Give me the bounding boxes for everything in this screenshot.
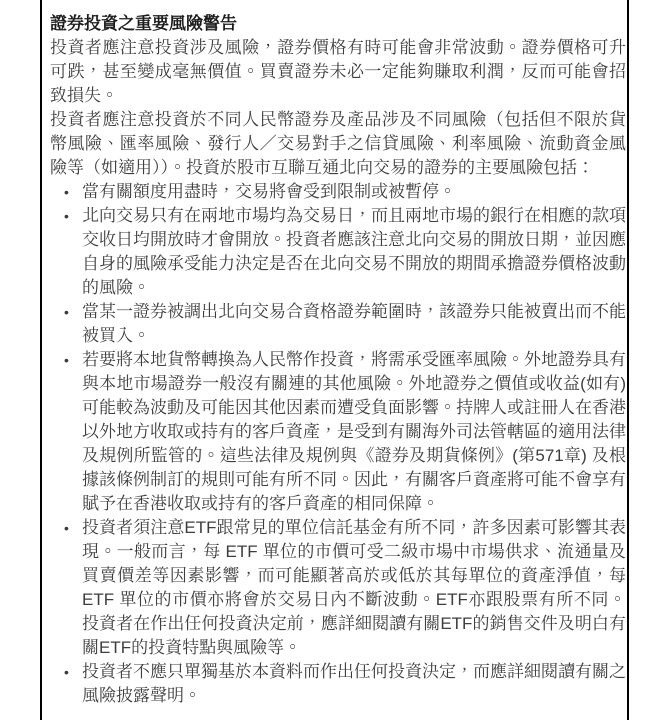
bullet-text: 當某一證券被調出北向交易合資格證券範圍時，該證券只能被賣出而不能被買入。 [82,302,626,345]
bullet-text: 投資者不應只單獨基於本資料而作出任何投資決定，而應詳細閱讀有關之風險披露聲明。 [82,662,626,705]
bullet-icon: • [64,660,82,684]
document-page: 證券投資之重要風險警告 投資者應注意投資涉及風險，證券價格有時可能會非常波動。證… [0,0,671,720]
risk-bullet-item-quota: • 當有關額度用盡時，交易將會受到限制或被暫停。 [50,180,626,204]
bullet-icon: • [64,348,82,372]
risk-warning-panel: 證券投資之重要風險警告 投資者應注意投資涉及風險，證券價格有時可能會非常波動。證… [40,0,629,720]
bullet-text: 當有關額度用盡時，交易將會受到限制或被暫停。 [82,182,456,201]
bullet-text: 若要將本地貨幣轉換為人民幣作投資，將需承受匯率風險。外地證券具有與本地市場證券一… [82,350,626,513]
risk-bullet-item-currency-overseas: • 若要將本地貨幣轉換為人民幣作投資，將需承受匯率風險。外地證券具有與本地市場證… [50,348,626,516]
risk-bullet-item-etf: • 投資者須注意ETF跟常見的單位信託基金有所不同，許多因素可影響其表現。一般而… [50,516,626,660]
risk-bullet-item-disclosure: • 投資者不應只單獨基於本資料而作出任何投資決定，而應詳細閱讀有關之風險披露聲明… [50,660,626,708]
bullet-icon: • [64,204,82,228]
bullet-icon: • [64,516,82,540]
intro-paragraph-rmb-northbound-risk: 投資者應注意投資於不同人民幣證券及產品涉及不同風險（包括但不限於貨幣風險、匯率風… [50,108,626,180]
risk-bullet-item-eligible-securities: • 當某一證券被調出北向交易合資格證券範圍時，該證券只能被賣出而不能被買入。 [50,300,626,348]
risk-bullet-list: • 當有關額度用盡時，交易將會受到限制或被暫停。 • 北向交易只有在兩地市場均為… [50,180,626,708]
bullet-text: 北向交易只有在兩地市場均為交易日，而且兩地市場的銀行在相應的款項交收日均開放時才… [82,206,626,297]
bullet-icon: • [64,180,82,204]
page-title: 證券投資之重要風險警告 [50,12,626,36]
bullet-text: 投資者須注意ETF跟常見的單位信託基金有所不同，許多因素可影響其表現。一般而言，… [82,518,626,657]
bullet-icon: • [64,300,82,324]
risk-bullet-item-trading-days: • 北向交易只有在兩地市場均為交易日，而且兩地市場的銀行在相應的款項交收日均開放… [50,204,626,300]
intro-paragraph-general-risk: 投資者應注意投資涉及風險，證券價格有時可能會非常波動。證券價格可升可跌，甚至變成… [50,36,626,108]
